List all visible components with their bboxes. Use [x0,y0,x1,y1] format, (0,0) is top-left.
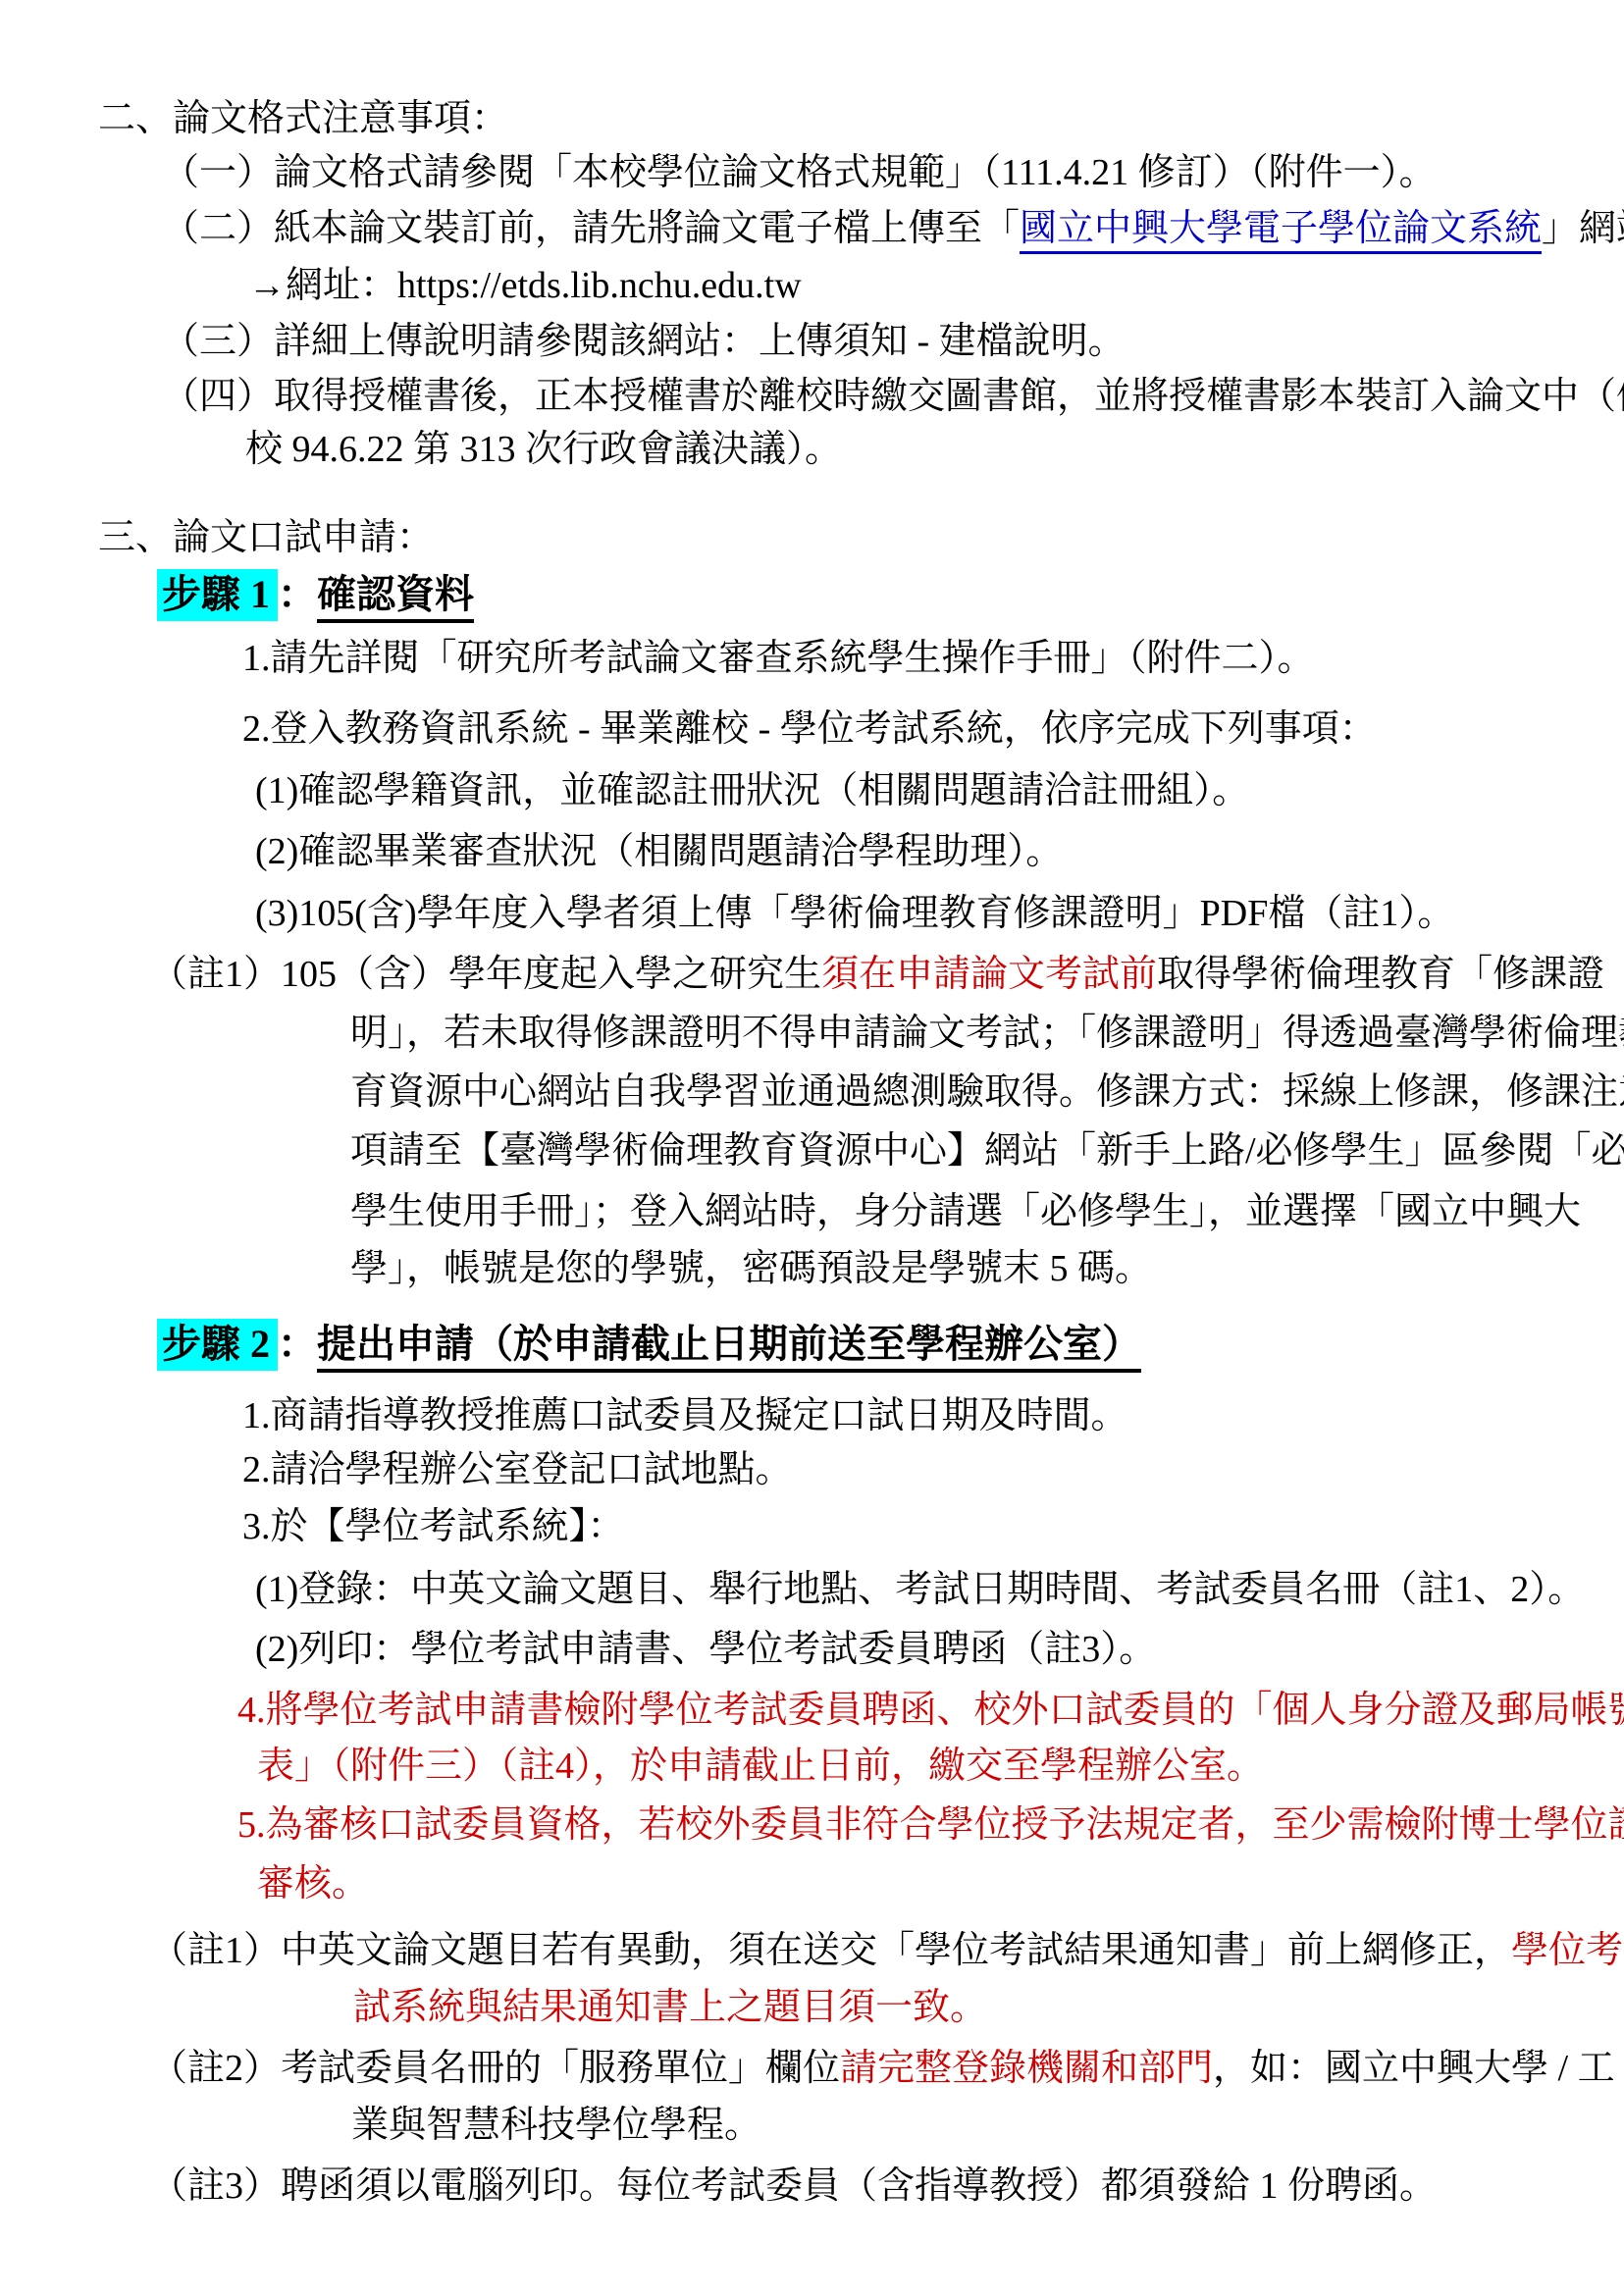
step2-item-4-line2: 表」（附件三）（註4），於申請截止日前，繳交至學程辦公室。 [257,1746,1264,1789]
etds-system-link[interactable]: 國立中興大學電子學位論文系統 [1020,210,1542,254]
step1-note1-line1-red: 須在申請論文考試前 [821,954,1157,995]
step2-heading: 步驟 2：提出申請（於申請截止日期前送至學程辦公室） [157,1322,1141,1373]
step1-subitem-2: (2)確認畢業審查狀況（相關問題請洽學程助理）。 [255,831,1063,874]
step2-item-1: 1.商請指導教授推薦口試委員及擬定口試日期及時間。 [242,1395,1128,1438]
step2-title: 提出申請（於申請截止日期前送至學程辦公室） [317,1324,1141,1373]
step1-heading: 步驟 1：確認資料 [157,572,474,623]
step1-label-highlight: 步驟 1 [157,569,278,621]
step1-note1-line1: （註1）105（含）學年度起入學之研究生須在申請論文考試前取得學術倫理教育「修課… [150,954,1604,997]
step1-colon: ： [278,572,317,616]
step2-item-5-line1: 5.為審核口試委員資格，若校外委員非符合學位授予法規定者，至少需檢附博士學位證書… [237,1804,1624,1848]
section3-heading: 三、論文口試申請： [98,517,434,560]
step1-note1-line1-black1: （註1）105（含）學年度起入學之研究生 [150,954,821,995]
step2-note2-red: 請完整登錄機關和部門 [840,2048,1213,2089]
step1-note1-line4: 項請至【臺灣學術倫理教育資源中心】網站「新手上路/必修學生」區參閱「必修 [350,1130,1624,1174]
step2-note1-line2: 試系統與結果通知書上之題目須一致。 [353,1987,987,2030]
step2-subitem-2: (2)列印：學位考試申請書、學位考試委員聘函（註3）。 [255,1629,1156,1672]
step2-note2-black2: ，如：國立中興大學 / 工 [1213,2048,1615,2089]
step2-note2-line1: （註2）考試委員名冊的「服務單位」欄位請完整登錄機關和部門，如：國立中興大學 /… [150,2048,1615,2091]
section2-item-4-line1: （四）取得授權書後，正本授權書於離校時繳交圖書館，並將授權書影本裝訂入論文中（依… [162,376,1624,419]
step1-subitem-3: (3)105(含)學年度入學者須上傳「學術倫理教育修課證明」PDF檔（註1）。 [255,893,1454,936]
step2-note3: （註3）聘函須以電腦列印。每位考試委員（含指導教授）都須發給 1 份聘函。 [150,2165,1437,2209]
step1-subitem-1: (1)確認學籍資訊，並確認註冊狀況（相關問題請洽註冊組）。 [255,770,1249,813]
step2-note1-line1: （註1）中英文論文題目若有異動，須在送交「學位考試結果通知書」前上網修正，學位考 [150,1930,1623,1973]
step2-label-highlight: 步驟 2 [157,1319,278,1371]
step2-item-5-line2: 審核。 [257,1863,369,1906]
step2-colon: ： [278,1322,317,1366]
step2-note2-black1: （註2）考試委員名冊的「服務單位」欄位 [150,2048,840,2089]
step2-note1-red1: 學位考 [1511,1930,1623,1971]
section2-item-1: （一）論文格式請參閱「本校學位論文格式規範」（111.4.21 修訂）（附件一）… [162,152,1437,195]
section2-item-2: （二）紙本論文裝訂前，請先將論文電子檔上傳至「國立中興大學電子學位論文系統」網站 [162,208,1624,254]
step2-item-2: 2.請洽學程辦公室登記口試地點。 [242,1449,793,1492]
step1-note1-line5: 學生使用手冊」；登入網站時，身分請選「必修學生」，並選擇「國立中興大 [350,1191,1581,1234]
section2-url-line: →網址：https://etds.lib.nchu.edu.tw [248,265,802,308]
document-page: 二、論文格式注意事項： （一）論文格式請參閱「本校學位論文格式規範」（111.4… [0,0,1624,2295]
step1-item-1: 1.請先詳閱「研究所考試論文審查系統學生操作手冊」（附件二）。 [242,638,1315,681]
step1-note1-line1-black2: 取得學術倫理教育「修課證 [1157,954,1604,995]
step1-item-2: 2.登入教務資訊系統 - 畢業離校 - 學位考試系統，依序完成下列事項： [242,708,1377,752]
section2-heading: 二、論文格式注意事項： [98,98,508,141]
section2-item-4-line2: 校 94.6.22 第 313 次行政會議決議）。 [245,429,842,472]
step2-note2-line2: 業與智慧科技學位學程。 [351,2105,761,2148]
section2-item-2-suffix: 」網站 [1542,208,1624,249]
section2-item-2-text: （二）紙本論文裝訂前，請先將論文電子檔上傳至「 [162,208,1020,249]
step1-note1-line6: 學」，帳號是您的學號，密碼預設是學號末 5 碼。 [350,1248,1152,1291]
step1-title: 確認資料 [317,574,474,623]
step2-subitem-1: (1)登錄：中英文論文題目、舉行地點、考試日期時間、考試委員名冊（註1、2）。 [255,1569,1585,1612]
section2-item-3: （三）詳細上傳說明請參閱該網站：上傳須知 - 建檔說明。 [162,321,1126,364]
step1-note1-line2: 明」，若未取得修課證明不得申請論文考試；「修課證明」得透過臺灣學術倫理教 [350,1013,1624,1056]
step2-item-3: 3.於【學位考試系統】： [242,1506,625,1549]
step2-note1-black: （註1）中英文論文題目若有異動，須在送交「學位考試結果通知書」前上網修正， [150,1930,1511,1971]
step1-note1-line3: 育資源中心網站自我學習並通過總測驗取得。修課方式：採線上修課，修課注意事 [350,1071,1624,1115]
step2-item-4-line1: 4.將學位考試申請書檢附學位考試委員聘函、校外口試委員的「個人身分證及郵局帳號資… [237,1690,1624,1733]
